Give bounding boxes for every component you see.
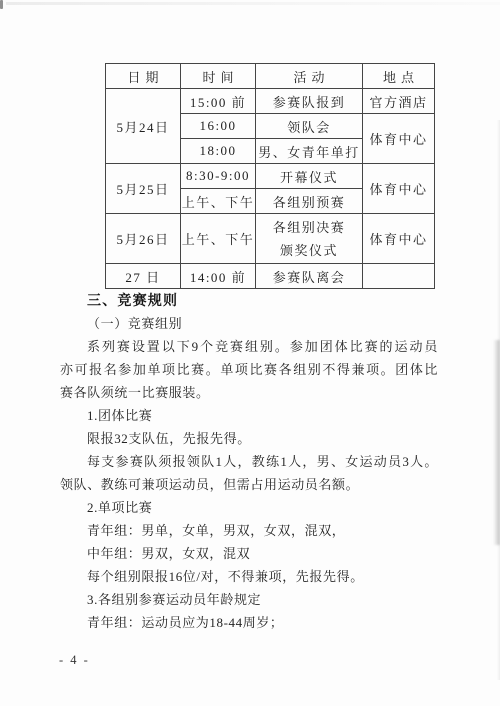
text-line: 亦可报名参加单项比赛。单项比赛各组别不得兼项。团体比 (60, 358, 438, 381)
text-line: 青年组：男单，女单，男双，女双，混双， (60, 519, 438, 542)
table-row: 27 日 14:00 前 参赛队离会 (106, 264, 435, 289)
table-cell-location: 体育中心 (363, 114, 435, 164)
table-cell-time: 8:30-9:00 (181, 164, 256, 189)
scan-artifact-top-line (6, 2, 500, 5)
text-line: 赛各队须统一比赛服装。 (60, 381, 438, 404)
table-cell-location: 官方酒店 (363, 89, 435, 114)
activity-line-2: 颁奖仪式 (256, 239, 362, 262)
table-cell-activity: 各组别决赛 颁奖仪式 (256, 214, 363, 264)
text-line: 每个组别限报16位/对，不得兼项，先报先得。 (60, 565, 438, 588)
text-line: 1.团体比赛 (60, 404, 438, 427)
table-cell-date: 5月24日 (106, 89, 181, 164)
table-cell-time: 上午、下午 (181, 214, 256, 264)
text-line: 系列赛设置以下9个竞赛组别。参加团体比赛的运动员 (60, 335, 438, 358)
text-line: 2.单项比赛 (60, 496, 438, 519)
table-cell-date: 5月25日 (106, 164, 181, 214)
table-header-row: 日期 时间 活动 地点 (106, 64, 435, 89)
scan-artifact-right-shadow (493, 340, 500, 545)
activity-line-1: 各组别决赛 (256, 216, 362, 239)
table-cell-location: 体育中心 (363, 164, 435, 214)
table-cell-time: 上午、下午 (181, 189, 256, 214)
page-number: - 4 - (59, 653, 90, 668)
table-cell-activity: 开幕仪式 (256, 164, 363, 189)
table-cell-time: 15:00 前 (181, 89, 256, 114)
rules-section: 三、竞赛规则 （一）竞赛组别 系列赛设置以下9个竞赛组别。参加团体比赛的运动员 … (60, 289, 438, 634)
table-cell-activity: 各组别预赛 (256, 189, 363, 214)
table-cell-time: 16:00 (181, 114, 256, 139)
table-header-time: 时间 (181, 64, 256, 89)
table-cell-location-empty (363, 264, 435, 289)
rules-heading: 三、竞赛规则 (60, 289, 438, 312)
schedule-table: 日期 时间 活动 地点 5月24日 15:00 前 参赛队报到 官方酒店 16:… (105, 63, 435, 289)
table-cell-activity: 领队会 (256, 114, 363, 139)
table-cell-location: 体育中心 (363, 214, 435, 264)
scan-artifact-speck (0, 0, 3, 9)
table-header-date: 日期 (106, 64, 181, 89)
table-cell-time: 18:00 (181, 139, 256, 164)
table-cell-date: 27 日 (106, 264, 181, 289)
table-cell-date: 5月26日 (106, 214, 181, 264)
table-row: 5月24日 15:00 前 参赛队报到 官方酒店 (106, 89, 435, 114)
text-line: 限报32支队伍，先报先得。 (60, 427, 438, 450)
text-line: 每支参赛队须报领队1人，教练1人，男、女运动员3人。 (60, 450, 438, 473)
table-cell-time: 14:00 前 (181, 264, 256, 289)
rules-subheading: （一）竞赛组别 (60, 312, 438, 335)
text-line: 中年组：男双，女双，混双 (60, 542, 438, 565)
table-cell-activity: 男、女青年单打 (256, 139, 363, 164)
table-row: 5月25日 8:30-9:00 开幕仪式 体育中心 (106, 164, 435, 189)
table-cell-activity: 参赛队离会 (256, 264, 363, 289)
table-cell-activity: 参赛队报到 (256, 89, 363, 114)
text-line: 青年组：运动员应为18-44周岁； (60, 611, 438, 634)
table-header-location: 地点 (363, 64, 435, 89)
table-row: 5月26日 上午、下午 各组别决赛 颁奖仪式 体育中心 (106, 214, 435, 264)
document-page: 日期 时间 活动 地点 5月24日 15:00 前 参赛队报到 官方酒店 16:… (0, 0, 500, 706)
text-line: 3.各组别参赛运动员年龄规定 (60, 588, 438, 611)
table-header-activity: 活动 (256, 64, 363, 89)
text-line: 领队、教练可兼项运动员，但需占用运动员名额。 (60, 473, 438, 496)
